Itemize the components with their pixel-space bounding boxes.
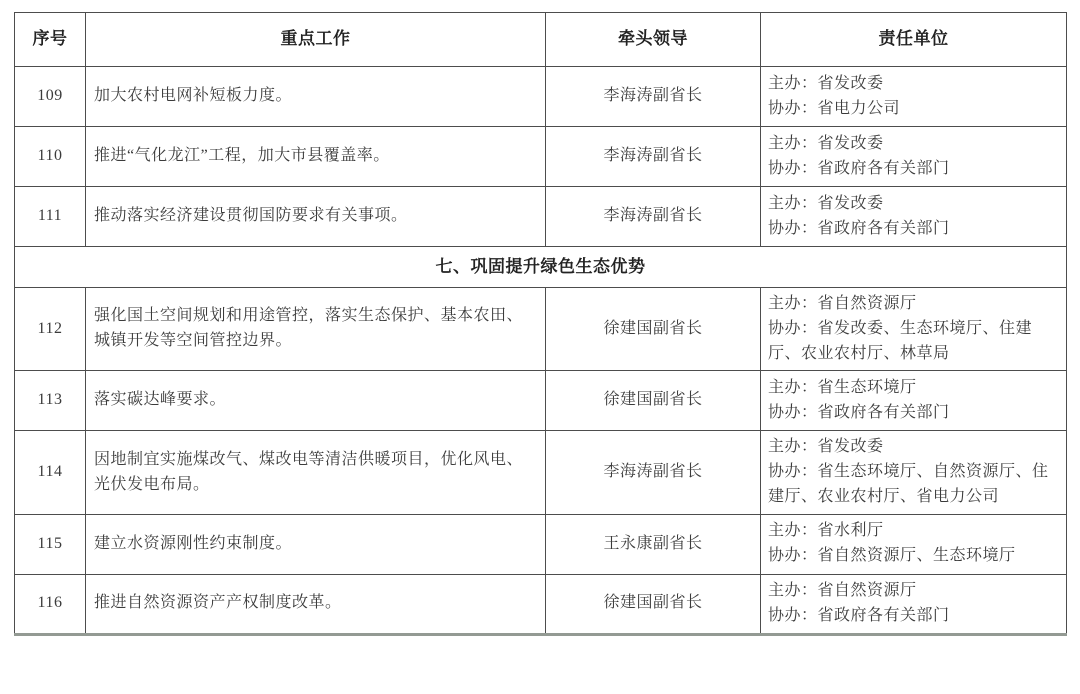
work-text: 加大农村电网补短板力度。: [86, 67, 546, 127]
column-header-serial-number: 序号: [15, 13, 86, 67]
responsibility-line: 协办：省政府各有关部门: [768, 401, 1062, 426]
responsibility-line: 主办：省发改委: [768, 132, 1062, 157]
table-row: 113 落实碳达峰要求。 徐建国副省长 主办：省生态环境厅协办：省政府各有关部门: [15, 371, 1067, 431]
section-title: 七、巩固提升绿色生态优势: [15, 247, 1067, 288]
work-assignments-table: 序号 重点工作 牵头领导 责任单位 109 加大农村电网补短板力度。 李海涛副省…: [14, 12, 1067, 636]
responsibility-line: 主办：省发改委: [768, 72, 1062, 97]
row-number: 113: [15, 371, 86, 431]
leader-text: 徐建国副省长: [546, 371, 761, 431]
work-text: 建立水资源刚性约束制度。: [86, 514, 546, 574]
work-text: 推进自然资源资产产权制度改革。: [86, 574, 546, 634]
leader-text: 李海涛副省长: [546, 67, 761, 127]
leader-text: 李海涛副省长: [546, 187, 761, 247]
responsibility-cell: 主办：省自然资源厅协办：省发改委、生态环境厅、住建厅、农业农村厅、林草局: [761, 288, 1067, 371]
responsibility-cell: 主办：省发改委协办：省电力公司: [761, 67, 1067, 127]
row-number: 111: [15, 187, 86, 247]
leader-text: 李海涛副省长: [546, 127, 761, 187]
leader-text: 李海涛副省长: [546, 431, 761, 514]
table-header: 序号 重点工作 牵头领导 责任单位: [15, 13, 1067, 67]
leader-text: 徐建国副省长: [546, 288, 761, 371]
responsibility-line: 协办：省政府各有关部门: [768, 217, 1062, 242]
leader-text: 王永康副省长: [546, 514, 761, 574]
responsibility-line: 协办：省发改委、生态环境厅、住建厅、农业农村厅、林草局: [768, 317, 1062, 367]
responsibility-cell: 主办：省发改委协办：省政府各有关部门: [761, 127, 1067, 187]
work-text: 推进“气化龙江”工程，加大市县覆盖率。: [86, 127, 546, 187]
table-row: 112 强化国土空间规划和用途管控，落实生态保护、基本农田、城镇开发等空间管控边…: [15, 288, 1067, 371]
responsibility-line: 主办：省发改委: [768, 192, 1062, 217]
leader-text: 徐建国副省长: [546, 574, 761, 634]
responsibility-line: 协办：省生态环境厅、自然资源厅、住建厅、农业农村厅、省电力公司: [768, 460, 1062, 510]
table-row: 111 推动落实经济建设贯彻国防要求有关事项。 李海涛副省长 主办：省发改委协办…: [15, 187, 1067, 247]
work-text: 推动落实经济建设贯彻国防要求有关事项。: [86, 187, 546, 247]
header-row: 序号 重点工作 牵头领导 责任单位: [15, 13, 1067, 67]
responsibility-line: 协办：省自然资源厅、生态环境厅: [768, 544, 1062, 569]
responsibility-cell: 主办：省水利厅协办：省自然资源厅、生态环境厅: [761, 514, 1067, 574]
responsibility-cell: 主办：省发改委协办：省政府各有关部门: [761, 187, 1067, 247]
responsibility-line: 主办：省自然资源厅: [768, 579, 1062, 604]
row-number: 115: [15, 514, 86, 574]
column-header-lead-leader: 牵头领导: [546, 13, 761, 67]
work-text: 落实碳达峰要求。: [86, 371, 546, 431]
section-header-row: 七、巩固提升绿色生态优势: [15, 247, 1067, 288]
responsibility-line: 协办：省政府各有关部门: [768, 604, 1062, 629]
row-number: 112: [15, 288, 86, 371]
column-header-key-work: 重点工作: [86, 13, 546, 67]
responsibility-line: 主办：省发改委: [768, 435, 1062, 460]
table-row: 115 建立水资源刚性约束制度。 王永康副省长 主办：省水利厅协办：省自然资源厅…: [15, 514, 1067, 574]
row-number: 114: [15, 431, 86, 514]
responsibility-line: 协办：省政府各有关部门: [768, 157, 1062, 182]
table-row: 110 推进“气化龙江”工程，加大市县覆盖率。 李海涛副省长 主办：省发改委协办…: [15, 127, 1067, 187]
row-number: 116: [15, 574, 86, 634]
table-row: 114 因地制宜实施煤改气、煤改电等清洁供暖项目，优化风电、光伏发电布局。 李海…: [15, 431, 1067, 514]
work-text: 因地制宜实施煤改气、煤改电等清洁供暖项目，优化风电、光伏发电布局。: [86, 431, 546, 514]
column-header-responsible-unit: 责任单位: [761, 13, 1067, 67]
work-text: 强化国土空间规划和用途管控，落实生态保护、基本农田、城镇开发等空间管控边界。: [86, 288, 546, 371]
responsibility-cell: 主办：省发改委协办：省生态环境厅、自然资源厅、住建厅、农业农村厅、省电力公司: [761, 431, 1067, 514]
row-number: 110: [15, 127, 86, 187]
responsibility-line: 主办：省自然资源厅: [768, 292, 1062, 317]
table-row: 109 加大农村电网补短板力度。 李海涛副省长 主办：省发改委协办：省电力公司: [15, 67, 1067, 127]
responsibility-cell: 主办：省生态环境厅协办：省政府各有关部门: [761, 371, 1067, 431]
table-body: 109 加大农村电网补短板力度。 李海涛副省长 主办：省发改委协办：省电力公司 …: [15, 67, 1067, 635]
row-number: 109: [15, 67, 86, 127]
responsibility-line: 主办：省生态环境厅: [768, 376, 1062, 401]
responsibility-line: 主办：省水利厅: [768, 519, 1062, 544]
responsibility-cell: 主办：省自然资源厅协办：省政府各有关部门: [761, 574, 1067, 634]
table-row: 116 推进自然资源资产产权制度改革。 徐建国副省长 主办：省自然资源厅协办：省…: [15, 574, 1067, 634]
responsibility-line: 协办：省电力公司: [768, 97, 1062, 122]
